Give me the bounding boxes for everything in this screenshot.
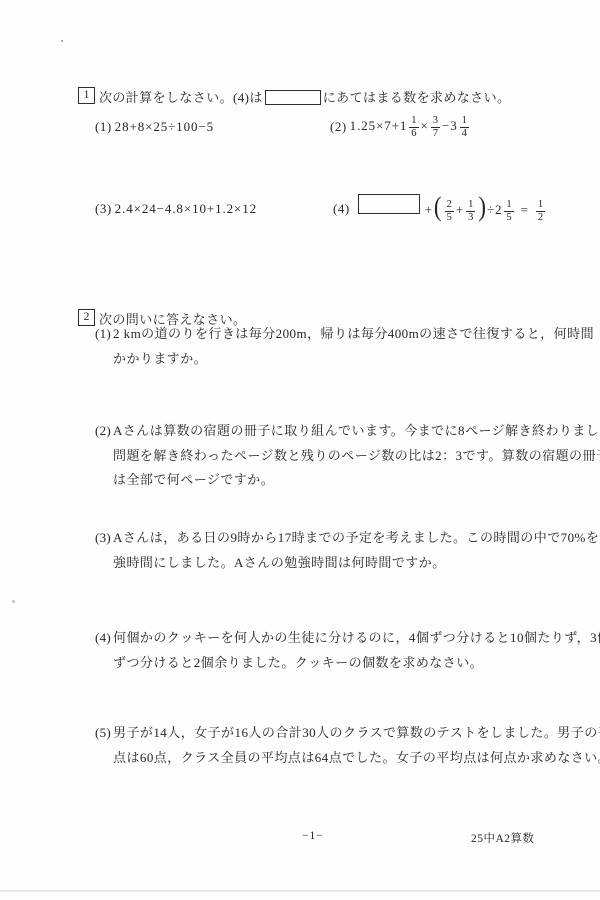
- problem-text-line: ずつ分けると2個余りました。クッキーの個数を求めなさい。: [113, 651, 555, 676]
- section-2-number-box: 2: [78, 309, 95, 326]
- problem-label: (5): [95, 721, 111, 746]
- math-text: +: [425, 202, 433, 217]
- problem-label: (4): [95, 626, 111, 651]
- problem-text-line: は全部で何ページですか。: [113, 468, 555, 493]
- problem-label: (4): [333, 201, 350, 217]
- problem-text-line: 男子が14人，女子が16人の合計30人のクラスで算数のテストをしました。男子の平…: [113, 721, 555, 746]
- problem-2-5: (5) 男子が14人，女子が16人の合計30人のクラスで算数のテストをしました。…: [95, 721, 555, 770]
- math-text: ÷2: [487, 202, 502, 217]
- problem-label: (3): [95, 201, 112, 217]
- math-text: −3: [442, 118, 458, 133]
- problem-1-4: (4) +(25+13)÷215=12: [333, 192, 547, 226]
- big-parenthesis: (: [434, 193, 442, 220]
- math-text: 28+8×25÷100−5: [115, 119, 214, 134]
- problem-1-2: (2) 1.25×7+116×37−314: [330, 110, 471, 144]
- big-parenthesis: ): [478, 193, 486, 220]
- problem-text: Aさんは，ある日の9時から17時までの予定を考えました。この時間の中で70%を勉…: [113, 526, 555, 575]
- problem-2-1: (1) 2 kmの道のりを行きは毎分200m，帰りは毎分400mの速さで往復する…: [95, 322, 555, 371]
- scan-edge-shadow: [0, 890, 600, 892]
- fraction: 15: [504, 199, 513, 224]
- section-1-title: 次の計算をしなさい。(4)はにあてはまる数を求めなさい。: [99, 87, 510, 106]
- problem-text-line: かかりますか。: [113, 347, 555, 372]
- section-1-title-after: にあてはまる数を求めなさい。: [323, 90, 511, 105]
- problem-text-line: Aさんは，ある日の9時から17時までの予定を考えました。この時間の中で70%を勉: [113, 526, 555, 551]
- problem-text: 男子が14人，女子が16人の合計30人のクラスで算数のテストをしました。男子の平…: [113, 721, 555, 770]
- fraction: 14: [460, 115, 469, 140]
- fraction: 13: [466, 199, 475, 224]
- scan-speck: [61, 40, 63, 42]
- problem-text: 何個かのクッキーを何人かの生徒に分けるのに，4個ずつ分けると10個たりず，3個ず…: [113, 626, 555, 675]
- math-expression: 2.4×24−4.8×10+1.2×12: [115, 201, 257, 217]
- answer-blank-header: [265, 90, 321, 105]
- math-expression: 28+8×25÷100−5: [115, 119, 214, 135]
- section-1-title-before: 次の計算をしなさい。(4)は: [99, 90, 263, 105]
- problem-2-4: (4) 何個かのクッキーを何人かの生徒に分けるのに，4個ずつ分けると10個たりず…: [95, 626, 555, 675]
- math-text: +: [456, 202, 464, 217]
- problem-text: Aさんは算数の宿題の冊子に取り組んでいます。今までに8ページ解き終わりました。問…: [113, 419, 555, 493]
- problem-text-line: 何個かのクッキーを何人かの生徒に分けるのに，4個ずつ分けると10個たりず，3個: [113, 626, 555, 651]
- problem-text-line: 点は60点，クラス全員の平均点は64点でした。女子の平均点は何点か求めなさい。: [113, 746, 555, 771]
- problem-label: (2): [95, 419, 111, 444]
- math-text: 1.25×7+1: [350, 118, 408, 133]
- doc-code: 25中A2算数: [471, 830, 535, 846]
- problem-1-1: (1) 28+8×25÷100−5: [95, 110, 214, 144]
- problem-text-line: 2 kmの道のりを行きは毎分200m，帰りは毎分400mの速さで往復すると，何時…: [113, 322, 555, 347]
- fraction: 25: [445, 199, 454, 224]
- problem-text: 2 kmの道のりを行きは毎分200m，帰りは毎分400mの速さで往復すると，何時…: [113, 322, 555, 371]
- math-expression: 1.25×7+116×37−314: [350, 115, 471, 140]
- page-number: −1−: [302, 830, 324, 842]
- problem-text-line: Aさんは算数の宿題の冊子に取り組んでいます。今までに8ページ解き終わりました。: [113, 419, 555, 444]
- answer-blank: [358, 194, 420, 214]
- fraction: 12: [536, 199, 545, 224]
- problem-text-line: 問題を解き終わったページ数と残りのページ数の比は2：3です。算数の宿題の冊子: [113, 444, 555, 469]
- fraction: 16: [409, 115, 418, 140]
- problem-2-3: (3) Aさんは，ある日の9時から17時までの予定を考えました。この時間の中で7…: [95, 526, 555, 575]
- problem-text-line: 強時間にしました。Aさんの勉強時間は何時間ですか。: [113, 551, 555, 576]
- fraction: 37: [431, 115, 440, 140]
- problem-1-3: (3) 2.4×24−4.8×10+1.2×12: [95, 192, 257, 226]
- scan-speck: [12, 600, 15, 603]
- problem-2-2: (2) Aさんは算数の宿題の冊子に取り組んでいます。今までに8ページ解き終わりま…: [95, 419, 555, 493]
- math-text: =: [521, 202, 529, 217]
- math-text: ×: [421, 118, 429, 133]
- section-1-number-box: 1: [78, 87, 95, 104]
- math-expression: +(25+13)÷215=12: [353, 194, 547, 223]
- problem-label: (1): [95, 119, 112, 135]
- math-text: 2.4×24−4.8×10+1.2×12: [115, 201, 257, 216]
- problem-label: (1): [95, 322, 111, 347]
- problem-label: (2): [330, 119, 347, 135]
- problem-label: (3): [95, 526, 111, 551]
- scanned-exam-page: 1 次の計算をしなさい。(4)はにあてはまる数を求めなさい。 (1) 28+8×…: [0, 0, 600, 900]
